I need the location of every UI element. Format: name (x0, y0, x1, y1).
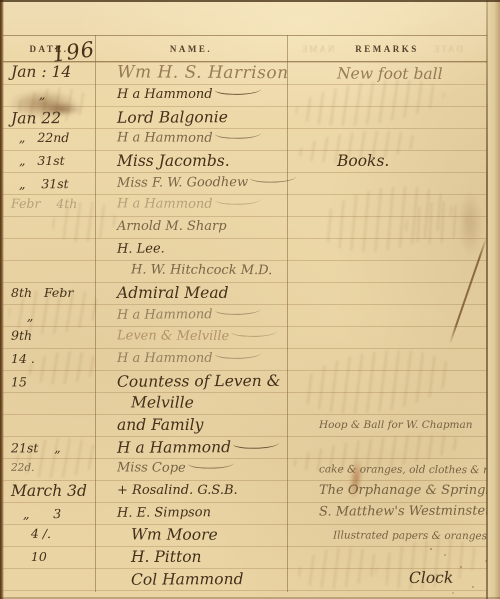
date-cell: Jan : 14 (3, 62, 103, 83)
date-cell: „ 31st (3, 174, 103, 195)
name-cell: H a Hammond (103, 349, 309, 369)
date-cell: „ 31st (3, 151, 103, 171)
remark-cell: Books. (309, 151, 487, 171)
date-cell: Febr 4th (3, 194, 103, 215)
signature-flourish (214, 347, 260, 360)
page-right-edge (486, 0, 488, 599)
ledger-row: 4 /.Wm MooreIllustrated papers & oranges (3, 524, 487, 549)
ledger-row: 10H. Pitton (3, 547, 487, 569)
name-cell: H. Lee. (103, 239, 309, 260)
ledger-row: Jan : 14Wm H. S. HarrisonNew foot ball (3, 62, 487, 87)
scan-right-margin (487, 0, 500, 599)
name-cell: Arnold M. Sharp (103, 217, 309, 237)
remark-cell: New foot ball (309, 63, 487, 84)
signature-flourish (233, 437, 279, 449)
signature-flourish (214, 303, 260, 315)
remark-cell (323, 393, 487, 394)
remark-cell (309, 370, 487, 371)
signature-flourish (250, 171, 296, 183)
remark-cell (309, 238, 487, 239)
ledger-row: Melville (3, 392, 487, 417)
ledger-row: 22d.Miss Copecake & oranges, old clothes… (3, 458, 487, 483)
ledger-row: „H a Hammond (3, 85, 487, 107)
signature-flourish (214, 193, 260, 206)
name-cell: H. Pitton (103, 547, 323, 567)
ledger-row: Febr 4thH a Hammond (3, 194, 487, 219)
date-cell: 8th Febr (3, 283, 103, 303)
remark-cell (309, 129, 487, 130)
name-cell: Miss F. W. Goodhew (103, 173, 309, 194)
ledger-row: H. W. Hitchcock M.D. (3, 260, 487, 285)
date-cell: 10 (3, 547, 103, 567)
remark-cell: Clock (323, 568, 487, 589)
column-header-name: NAME. (95, 44, 287, 54)
name-cell: H. E. Simpson (103, 503, 309, 524)
name-cell: Wm Moore (103, 524, 323, 545)
remark-cell: The Orphanage & Springburne. (309, 481, 500, 501)
ghost-header-name: NAME (300, 44, 335, 54)
ledger-row: 21st „H a Hammond (3, 436, 487, 461)
signature-flourish (231, 325, 277, 338)
ledger-row: March 3d+ Rosalind. G.S.B.The Orphanage … (3, 481, 487, 503)
remark-cell (309, 195, 487, 196)
date-cell: „ 22nd (3, 128, 103, 149)
ledger-row: 8th FebrAdmiral Mead (3, 283, 487, 305)
date-cell: „ (3, 306, 103, 327)
date-cell (3, 392, 103, 393)
ledger-row: 14 .H a Hammond (3, 349, 487, 371)
name-cell: H a Hammond (103, 305, 309, 326)
date-cell: 21st „ (3, 438, 103, 459)
name-cell: Col Hammond (103, 569, 323, 590)
date-cell (3, 570, 103, 571)
name-cell: Miss Jacombs. (103, 151, 309, 171)
name-cell: H a Hammond (103, 85, 309, 105)
ledger-row: 15Countess of Leven & (3, 370, 487, 395)
name-cell: Wm H. S. Harrison (103, 62, 309, 83)
ledger-row: „ 3H. E. SimpsonS. Matthew's Westminster (3, 502, 487, 527)
remark-cell: cake & oranges, old clothes & magazines (309, 459, 500, 480)
remark-cell (309, 304, 487, 305)
date-cell: Jan 22 (3, 108, 103, 129)
ledger-row: 9thLeven & Melville (3, 326, 487, 351)
remark-cell (309, 172, 487, 173)
date-cell (3, 240, 103, 241)
name-cell: Admiral Mead (103, 283, 309, 303)
signature-flourish (214, 127, 260, 140)
name-cell: Lord Balgonie (103, 107, 309, 128)
ghost-header-date: DATE (432, 44, 463, 54)
ledger-row: Jan 22Lord Balgonie (3, 106, 487, 131)
signature-flourish (214, 83, 260, 96)
name-cell: Leven & Melville (103, 326, 309, 347)
ledger-rows: Jan : 14Wm H. S. HarrisonNew foot ball „… (3, 63, 487, 591)
name-cell: H a Hammond (103, 194, 309, 215)
name-cell: H a Hammond (103, 437, 309, 458)
date-cell: „ 3 (3, 504, 103, 525)
remark-cell: Illustrated papers & oranges (323, 525, 487, 546)
remark-cell (309, 436, 487, 437)
name-cell: + Rosalind. G.S.B. (103, 481, 309, 501)
ledger-row: „ 22ndH a Hammond (3, 128, 487, 153)
name-cell: H. W. Hitchcock M.D. (103, 260, 323, 281)
ledger-row: „ 31stMiss F. W. Goodhew (3, 172, 487, 197)
name-cell: H a Hammond (103, 128, 309, 149)
ledger-row: Arnold M. Sharp (3, 217, 487, 239)
page-top-edge (0, 0, 500, 2)
ledger-row: Col HammondClock (3, 568, 487, 593)
ledger-row: „ 31stMiss Jacombs.Books. (3, 151, 487, 173)
name-cell: Melville (103, 392, 323, 413)
remark-cell: Hoop & Ball for W. Chapman (309, 415, 487, 435)
ledger-row: and FamilyHoop & Ball for W. Chapman (3, 415, 487, 437)
name-cell: Countess of Leven & (103, 371, 309, 392)
date-cell: 4 /. (3, 524, 103, 545)
remark-cell (309, 327, 487, 328)
date-cell: March 3d (3, 481, 103, 501)
date-cell: 9th (3, 326, 103, 347)
ledger-row: H. Lee. (3, 238, 487, 263)
date-cell: 14 . (3, 349, 103, 369)
page-left-edge (0, 0, 4, 599)
date-cell: 22d. (3, 458, 103, 479)
name-cell: Miss Cope (103, 458, 309, 479)
remark-cell (323, 261, 487, 262)
ledger-page-scan: DATE. NAME. REMARKS NAME DATE 196 Jan : … (0, 0, 500, 599)
remark-cell (309, 106, 487, 107)
date-cell (3, 260, 103, 261)
remark-cell: S. Matthew's Westminster (309, 501, 491, 522)
name-cell: and Family (103, 415, 309, 435)
signature-flourish (188, 457, 234, 470)
date-cell: 15 (3, 372, 103, 393)
date-cell: „ (3, 85, 103, 105)
